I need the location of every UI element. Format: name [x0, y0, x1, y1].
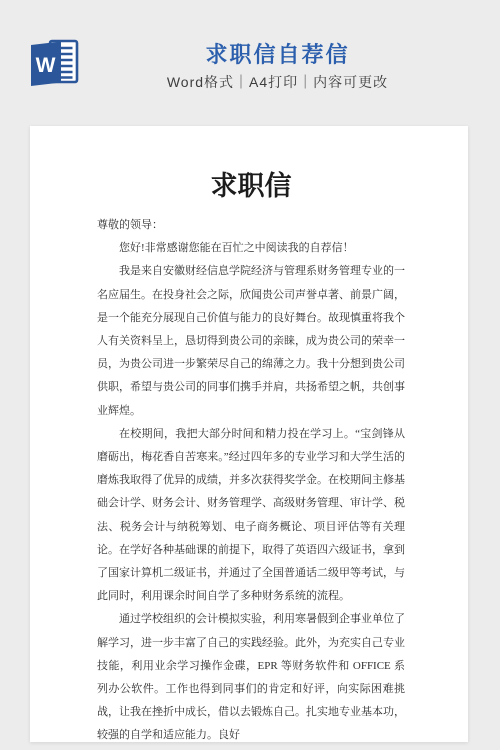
document-page: 求职信 尊敬的领导： 您好!非常感谢您能在百忙之中阅读我的自荐信！ 我是来自安徽…	[30, 126, 468, 742]
body-paragraph: 我是来自安徽财经信息学院经济与管理系财务管理专业的一名应届生。在投身社会之际，欣…	[97, 260, 405, 422]
body-paragraph: 通过学校组织的会计模拟实验，利用寒暑假到企事业单位了解学习，进一步丰富了自己的实…	[97, 608, 405, 742]
body-paragraph: 在校期间，我把大部分时间和精力投在学习上。“宝剑锋从磨砺出，梅花香自苦寒来。”经…	[97, 423, 405, 609]
svg-text:W: W	[36, 54, 56, 77]
template-preview-screen: W 求职信自荐信 Word格式｜A4打印｜内容可更改 求职信 尊敬的领导： 您好…	[0, 0, 500, 750]
body-paragraph: 您好!非常感谢您能在百忙之中阅读我的自荐信！	[97, 237, 405, 260]
header-text: 求职信自荐信 Word格式｜A4打印｜内容可更改	[55, 42, 500, 91]
page-subtitle: Word格式｜A4打印｜内容可更改	[55, 73, 500, 91]
header: W 求职信自荐信 Word格式｜A4打印｜内容可更改	[0, 0, 500, 126]
document-title: 求职信	[97, 170, 405, 202]
page-title: 求职信自荐信	[55, 42, 500, 68]
salutation-line: 尊敬的领导：	[97, 214, 405, 237]
